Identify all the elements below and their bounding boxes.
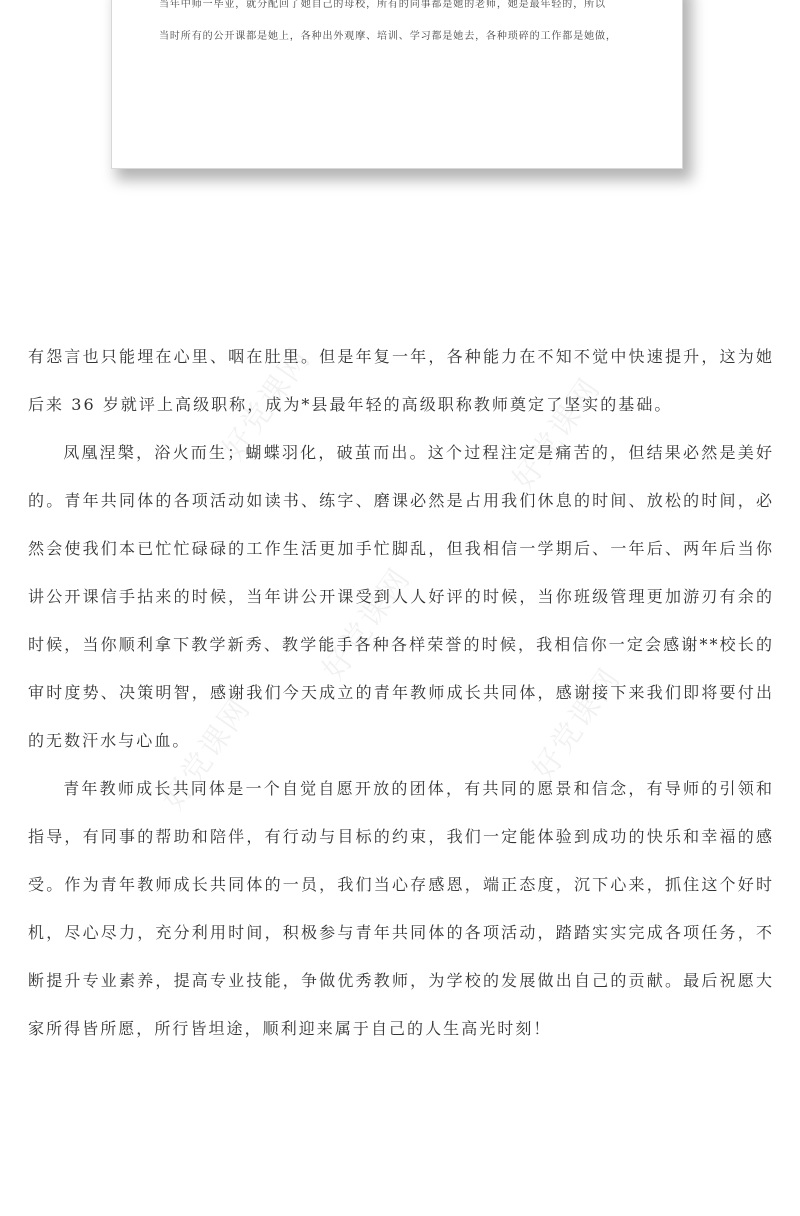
page-preview-card: 当年中师一毕业，就分配回了她自己的母校，所有的同事都是她的老师，她是最年轻的，所…: [111, 0, 683, 169]
card-text-line: 当时所有的公开课都是她上，各种出外观摩、培训、学习都是她去，各种琐碎的工作都是她…: [159, 27, 659, 42]
paragraph: 青年教师成长共同体是一个自觉自愿开放的团体，有共同的愿景和信念，有导师的引领和指…: [28, 765, 774, 1053]
card-text-line: 当年中师一毕业，就分配回了她自己的母校，所有的同事都是她的老师，她是最年轻的，所…: [159, 0, 659, 10]
paragraph: 凤凰涅槃，浴火而生；蝴蝶羽化，破茧而出。这个过程注定是痛苦的，但结果必然是美好的…: [28, 429, 774, 765]
paragraph: 有怨言也只能埋在心里、咽在肚里。但是年复一年，各种能力在不知不觉中快速提升，这为…: [28, 333, 774, 429]
document-body: 有怨言也只能埋在心里、咽在肚里。但是年复一年，各种能力在不知不觉中快速提升，这为…: [28, 333, 774, 1053]
